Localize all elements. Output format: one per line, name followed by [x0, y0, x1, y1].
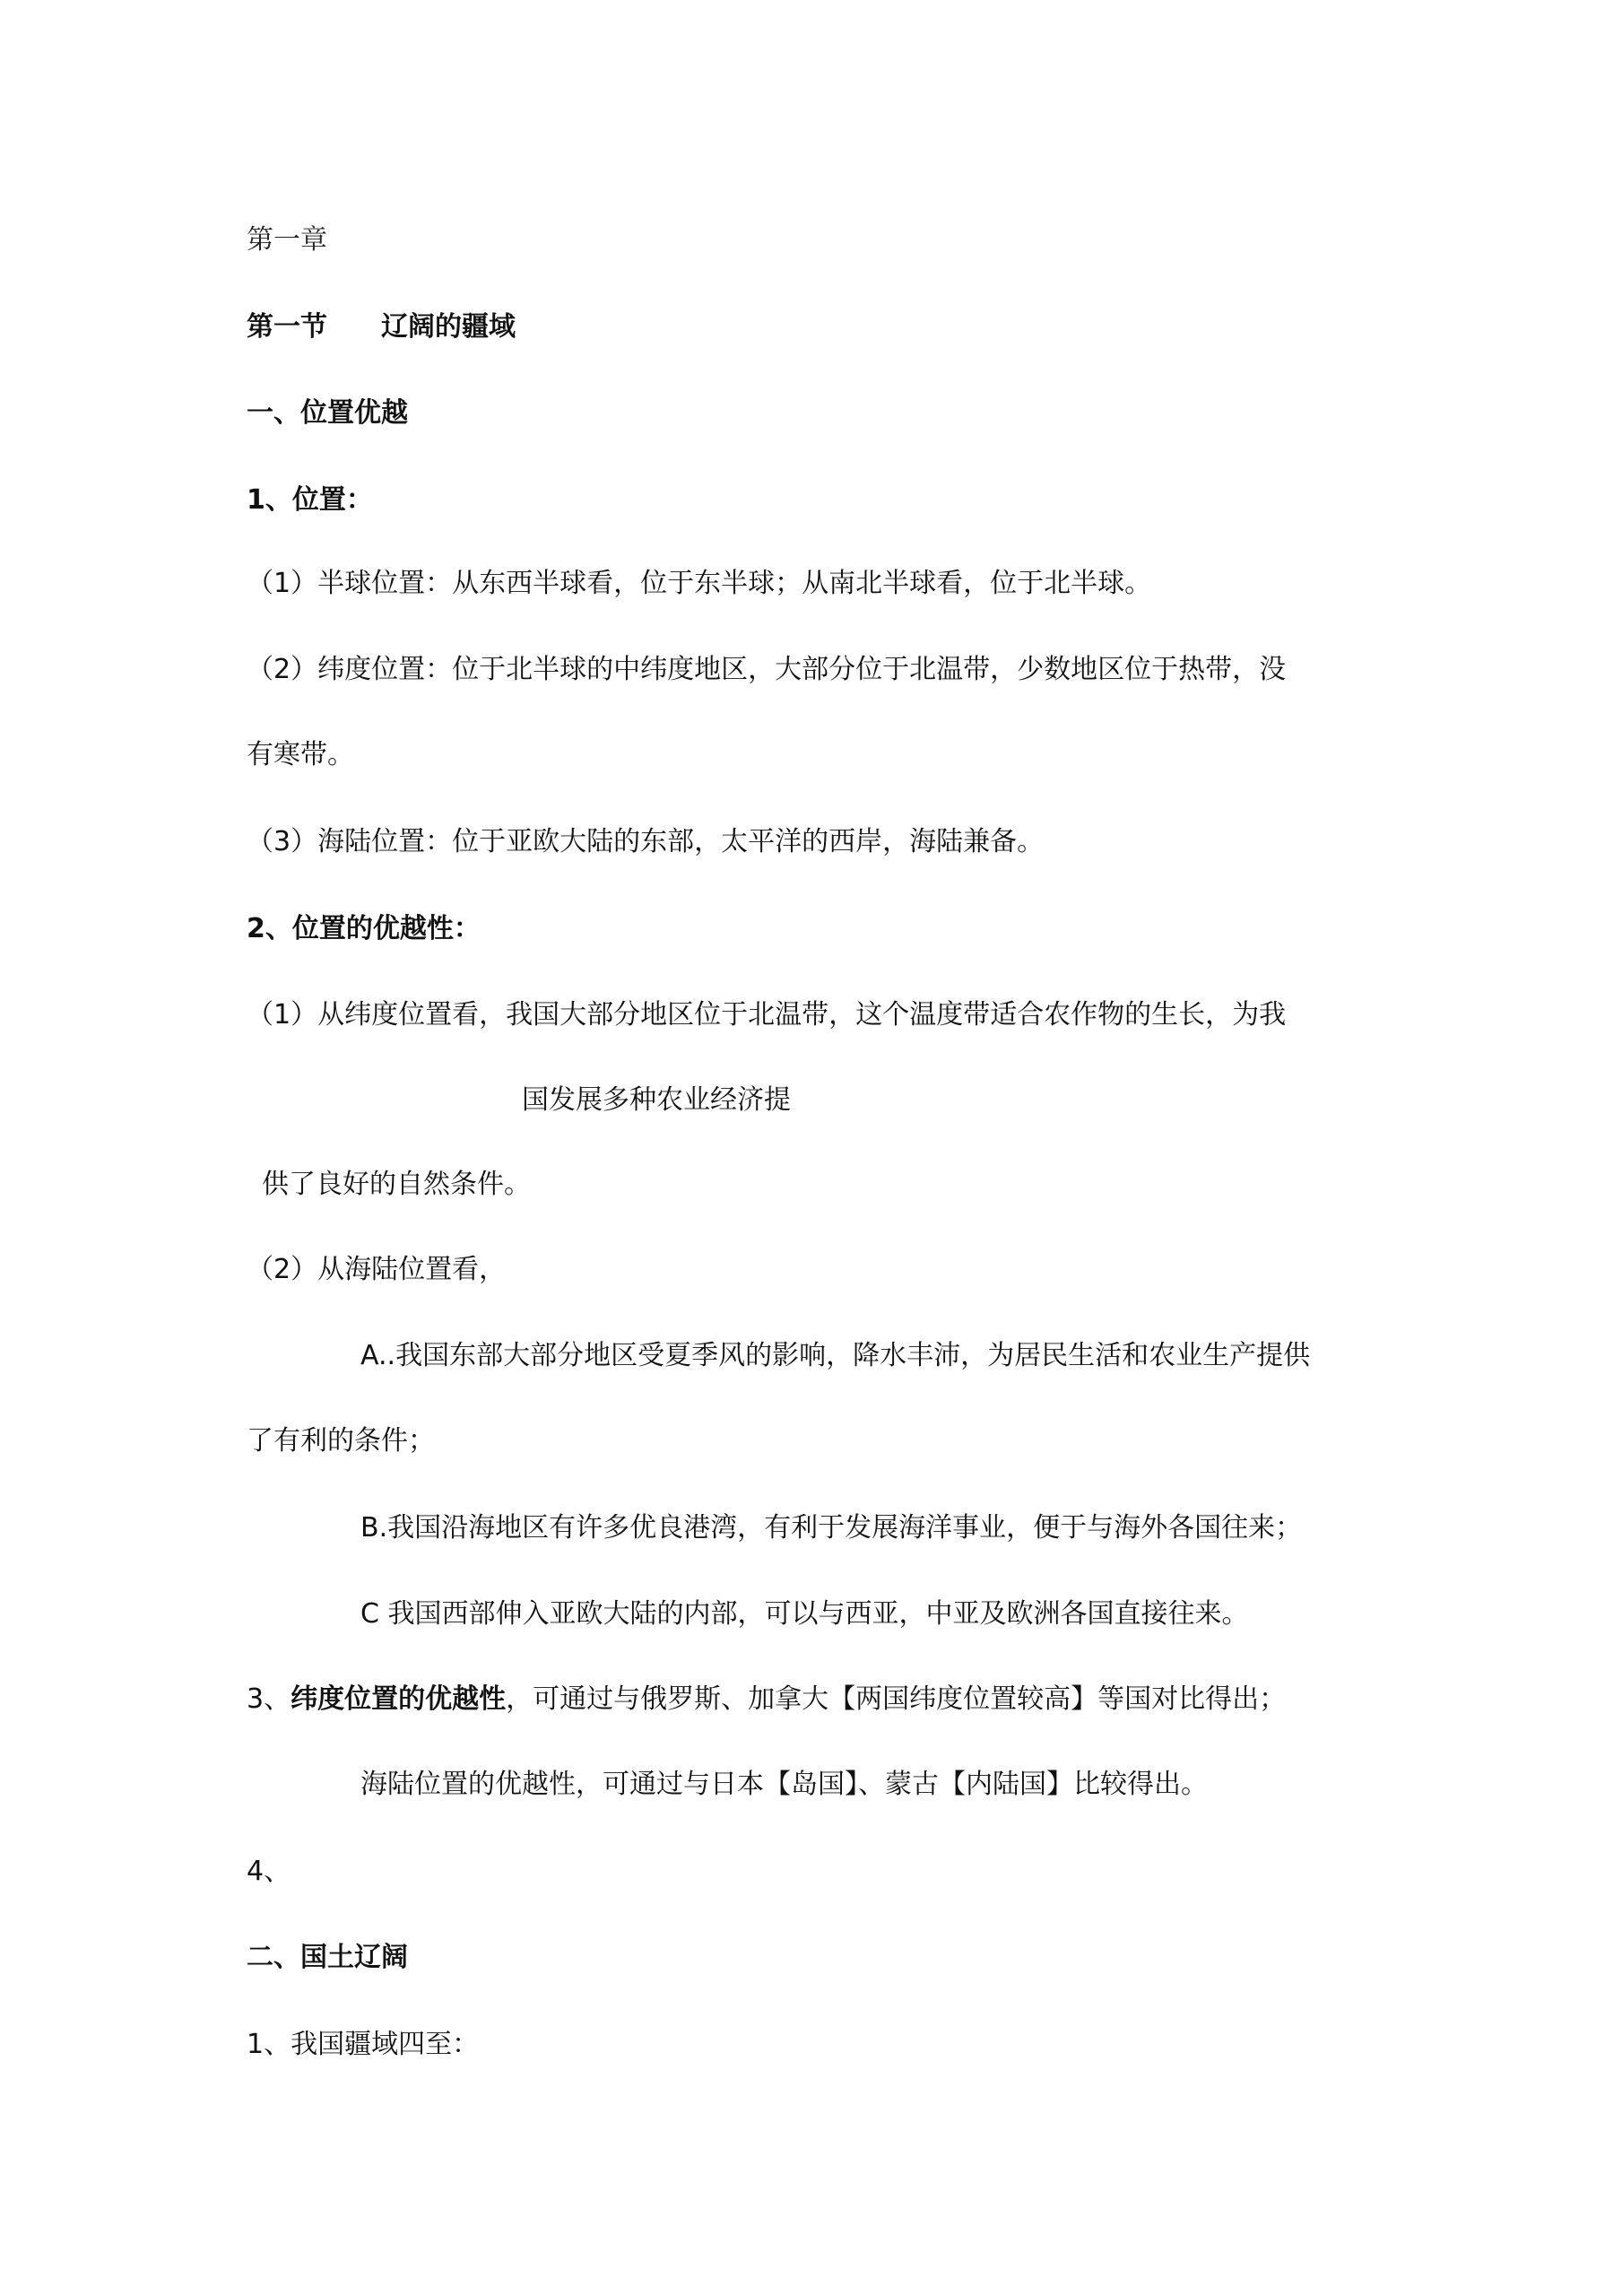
- section-title: 第一节 辽阔的疆域: [247, 309, 516, 345]
- part2-item1: 1、我国疆域四至：: [247, 2027, 479, 2063]
- part1-heading: 一、位置优越: [247, 396, 408, 431]
- paragraph-line: 供了良好的自然条件。: [262, 1167, 531, 1203]
- item2-heading: 2、位置的优越性：: [247, 911, 481, 947]
- paragraph-line: 国发展多种农业经济提: [522, 1083, 791, 1118]
- paragraph-line: （2）纬度位置：位于北半球的中纬度地区，大部分位于北温带，少数地区位于热带，没: [247, 652, 1286, 688]
- item3-line: 3、纬度位置的优越性，可通过与俄罗斯、加拿大【两国纬度位置较高】等国对比得出；: [247, 1682, 1286, 1718]
- paragraph-line: 有寒带。: [247, 737, 354, 773]
- part2-heading: 二、国土辽阔: [247, 1940, 408, 1976]
- paragraph-line: （1）半球位置：从东西半球看，位于东半球；从南北半球看，位于北半球。: [247, 566, 1151, 602]
- paragraph-line: C 我国西部伸入亚欧大陆的内部，可以与西亚，中亚及欧洲各国直接往来。: [360, 1596, 1248, 1632]
- item1-heading: 1、位置：: [247, 483, 373, 518]
- paragraph-line: （1）从纬度位置看，我国大部分地区位于北温带，这个温度带适合农作物的生长，为我: [247, 997, 1286, 1033]
- paragraph-line: （2）从海陆位置看，: [247, 1252, 506, 1288]
- paragraph-line: 了有利的条件；: [247, 1423, 435, 1459]
- item3-text: ，可通过与俄罗斯、加拿大【两国纬度位置较高】等国对比得出；: [506, 1683, 1286, 1715]
- item4-line: 4、: [247, 1854, 291, 1890]
- paragraph-line: B.我国沿海地区有许多优良港湾，有利于发展海洋事业，便于与海外各国往来；: [360, 1510, 1302, 1546]
- paragraph-line: A..我国东部大部分地区受夏季风的影响，降水丰沛，为居民生活和农业生产提供: [360, 1338, 1310, 1374]
- paragraph-line: 海陆位置的优越性，可通过与日本【岛国】、蒙古【内陆国】比较得出。: [360, 1767, 1208, 1803]
- chapter-title: 第一章: [247, 222, 327, 258]
- paragraph-line: （3）海陆位置：位于亚欧大陆的东部，太平洋的西岸，海陆兼备。: [247, 824, 1044, 860]
- item3-number: 3、: [247, 1683, 291, 1715]
- item3-bold-term: 纬度位置的优越性: [291, 1683, 506, 1715]
